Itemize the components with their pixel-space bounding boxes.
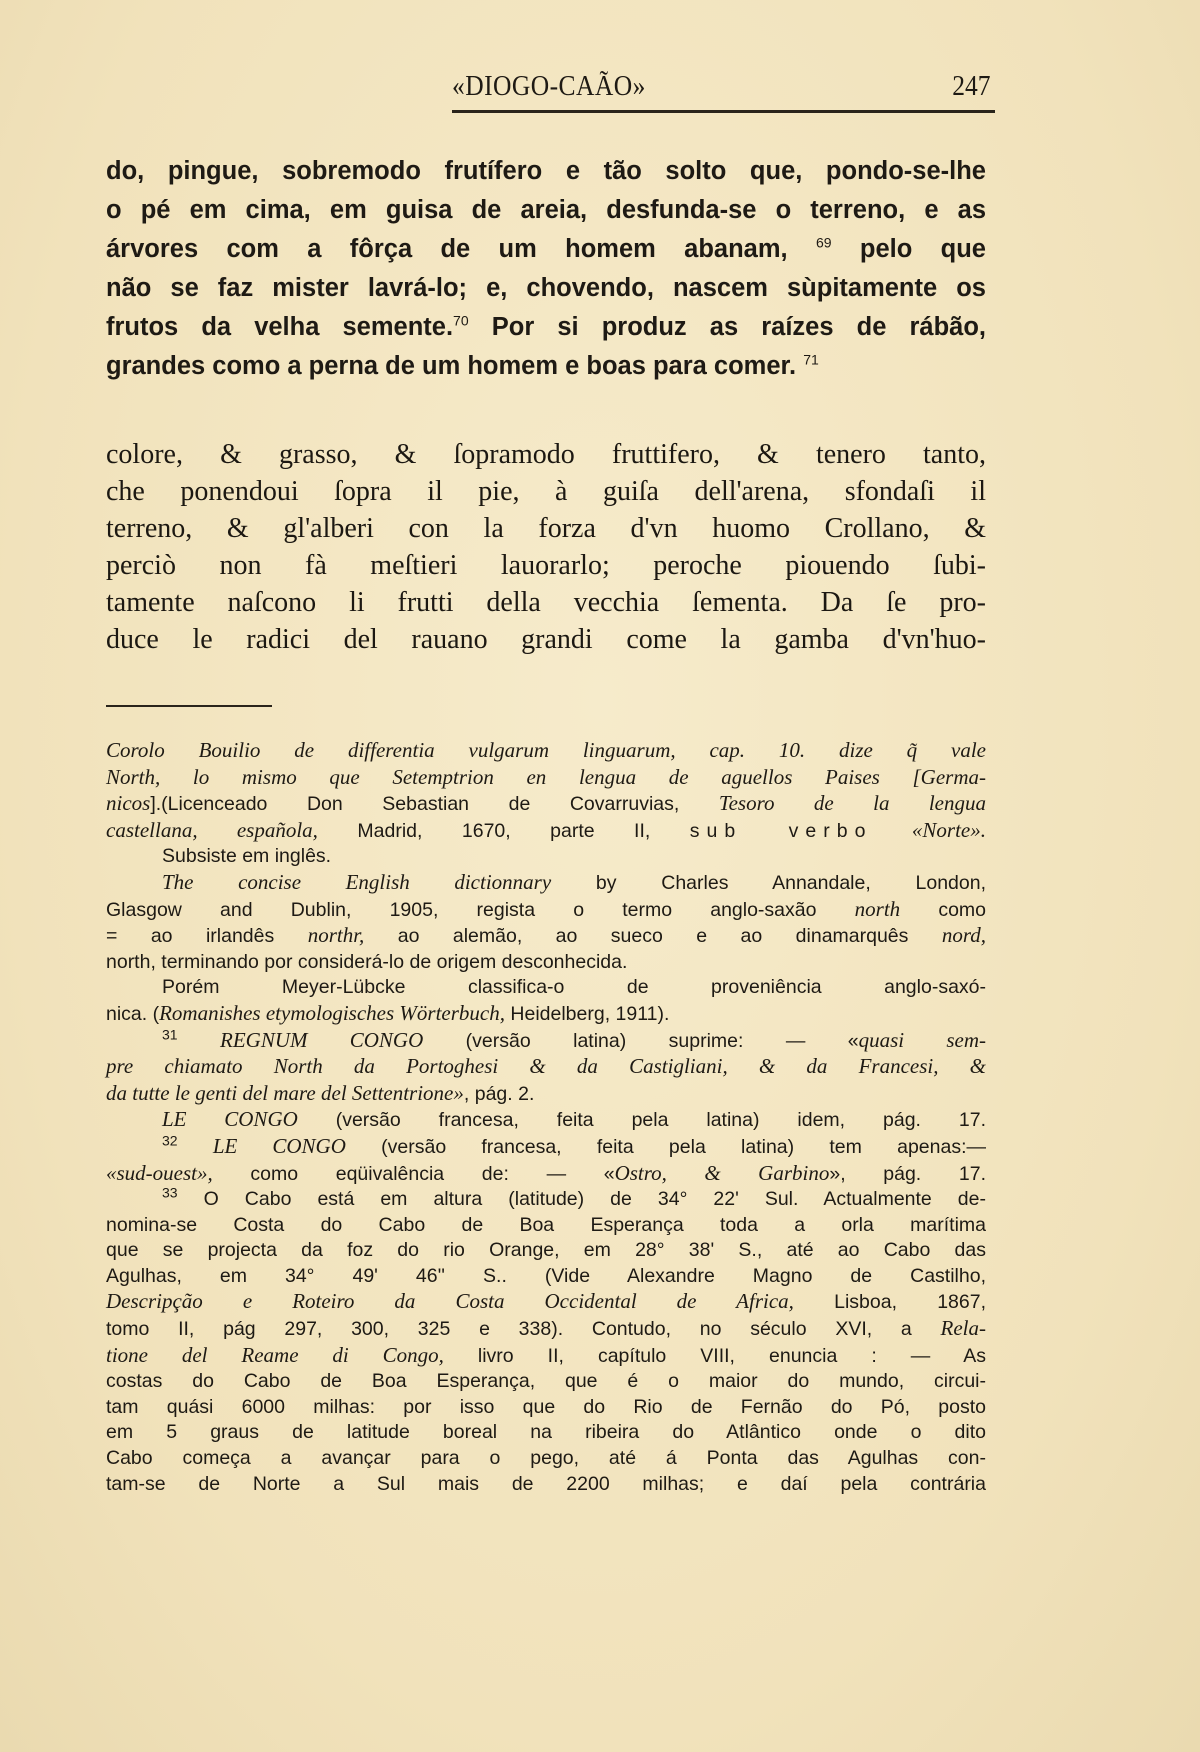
note-line: LE CONGO (versão francesa, feita pela la… bbox=[106, 1107, 986, 1134]
note-line: The concise English dictionnary by Charl… bbox=[106, 870, 986, 897]
note-line: Subsiste em inglês. bbox=[106, 844, 986, 870]
quote-line: tamente naſcono li frutti della vecchia … bbox=[106, 584, 986, 621]
note-line: nomina-se Costa do Cabo de Boa Esperança… bbox=[106, 1213, 986, 1239]
note-line: Cabo começa a avançar para o pego, até á… bbox=[106, 1446, 986, 1472]
quote-line: colore, & grasso, & ſopramodo fruttifero… bbox=[106, 436, 986, 473]
book-page: «DIOGO-CAÃO» 247 do, pingue, sobremodo f… bbox=[0, 0, 1200, 1752]
text-line: não se faz mister lavrá-lo; e, chovendo,… bbox=[106, 269, 986, 308]
note-line: «sud-ouest», como eqüivalência de: — «Os… bbox=[106, 1161, 986, 1188]
note-line: tione del Reame di Congo, livro II, capí… bbox=[106, 1343, 986, 1370]
note-line: Glasgow and Dublin, 1905, regista o term… bbox=[106, 897, 986, 924]
italian-quotation: colore, & grasso, & ſopramodo fruttifero… bbox=[106, 436, 986, 658]
note-line: costas do Cabo de Boa Esperança, que é o… bbox=[106, 1369, 986, 1395]
footnote-32: 32 LE CONGO (versão francesa, feita pela… bbox=[106, 1134, 986, 1161]
header-rule bbox=[452, 110, 995, 113]
footnote-ref: 71 bbox=[803, 352, 819, 368]
text-line: frutos da velha semente.70 Por si produz… bbox=[106, 308, 986, 347]
note-line: nicos].(Licenceado Don Sebastian de Cova… bbox=[106, 791, 986, 818]
note-line: pre chiamato North da Portoghesi & da Ca… bbox=[106, 1054, 986, 1081]
page-header: «DIOGO-CAÃO» 247 bbox=[452, 70, 1000, 110]
note-line: Porém Meyer-Lübcke classifica-o de prove… bbox=[106, 975, 986, 1001]
footnotes: Corolo Bouilio de differentia vulgarum l… bbox=[106, 738, 986, 1497]
text-line: árvores com a fôrça de um homem abanam, … bbox=[106, 230, 986, 269]
text-line: o pé em cima, em guisa de areia, desfund… bbox=[106, 191, 986, 230]
quote-line: che ponendoui ſopra il pie, à guiſa dell… bbox=[106, 473, 986, 510]
footnote-separator bbox=[106, 705, 272, 707]
note-line: Agulhas, em 34° 49' 46'' S.. (Vide Alexa… bbox=[106, 1264, 986, 1290]
note-line: tam-se de Norte a Sul mais de 2200 milha… bbox=[106, 1472, 986, 1498]
footnote-33: 33 O Cabo está em altura (latitude) de 3… bbox=[106, 1187, 986, 1213]
note-line: nica. (Romanishes etymologisches Wörterb… bbox=[106, 1001, 986, 1028]
quote-line: perciò non fà meſtieri lauorarlo; peroch… bbox=[106, 547, 986, 584]
page-number: 247 bbox=[952, 70, 990, 103]
note-line: Corolo Bouilio de differentia vulgarum l… bbox=[106, 738, 986, 765]
note-line: que se projecta da foz do rio Orange, em… bbox=[106, 1238, 986, 1264]
footnote-ref: 70 bbox=[453, 313, 469, 329]
note-line: da tutte le genti del mare del Settentri… bbox=[106, 1081, 986, 1108]
note-line: em 5 graus de latitude boreal na ribeira… bbox=[106, 1420, 986, 1446]
portuguese-paragraph: do, pingue, sobremodo frutífero e tão so… bbox=[106, 152, 986, 386]
note-line: Descripção e Roteiro da Costa Occidental… bbox=[106, 1289, 986, 1316]
quote-line: terreno, & gl'alberi con la forza d'vn h… bbox=[106, 510, 986, 547]
quote-line: duce le radici del rauano grandi come la… bbox=[106, 621, 986, 658]
footnote-ref: 69 bbox=[816, 235, 832, 251]
note-line: castellana, española, Madrid, 1670, part… bbox=[106, 818, 986, 845]
text-line: do, pingue, sobremodo frutífero e tão so… bbox=[106, 152, 986, 191]
note-line: North, lo mismo que Setemptrion en lengu… bbox=[106, 765, 986, 792]
note-line: tomo II, pág 297, 300, 325 e 338). Contu… bbox=[106, 1316, 986, 1343]
running-title: «DIOGO-CAÃO» bbox=[452, 70, 646, 103]
note-line: north, terminando por considerá-lo de or… bbox=[106, 950, 986, 976]
text-line: grandes como a perna de um homem e boas … bbox=[106, 347, 986, 386]
note-line: tam quási 6000 milhas: por isso que do R… bbox=[106, 1395, 986, 1421]
note-line: = ao irlandês northr, ao alemão, ao suec… bbox=[106, 923, 986, 950]
footnote-31: 31 REGNUM CONGO (versão latina) suprime:… bbox=[106, 1028, 986, 1055]
